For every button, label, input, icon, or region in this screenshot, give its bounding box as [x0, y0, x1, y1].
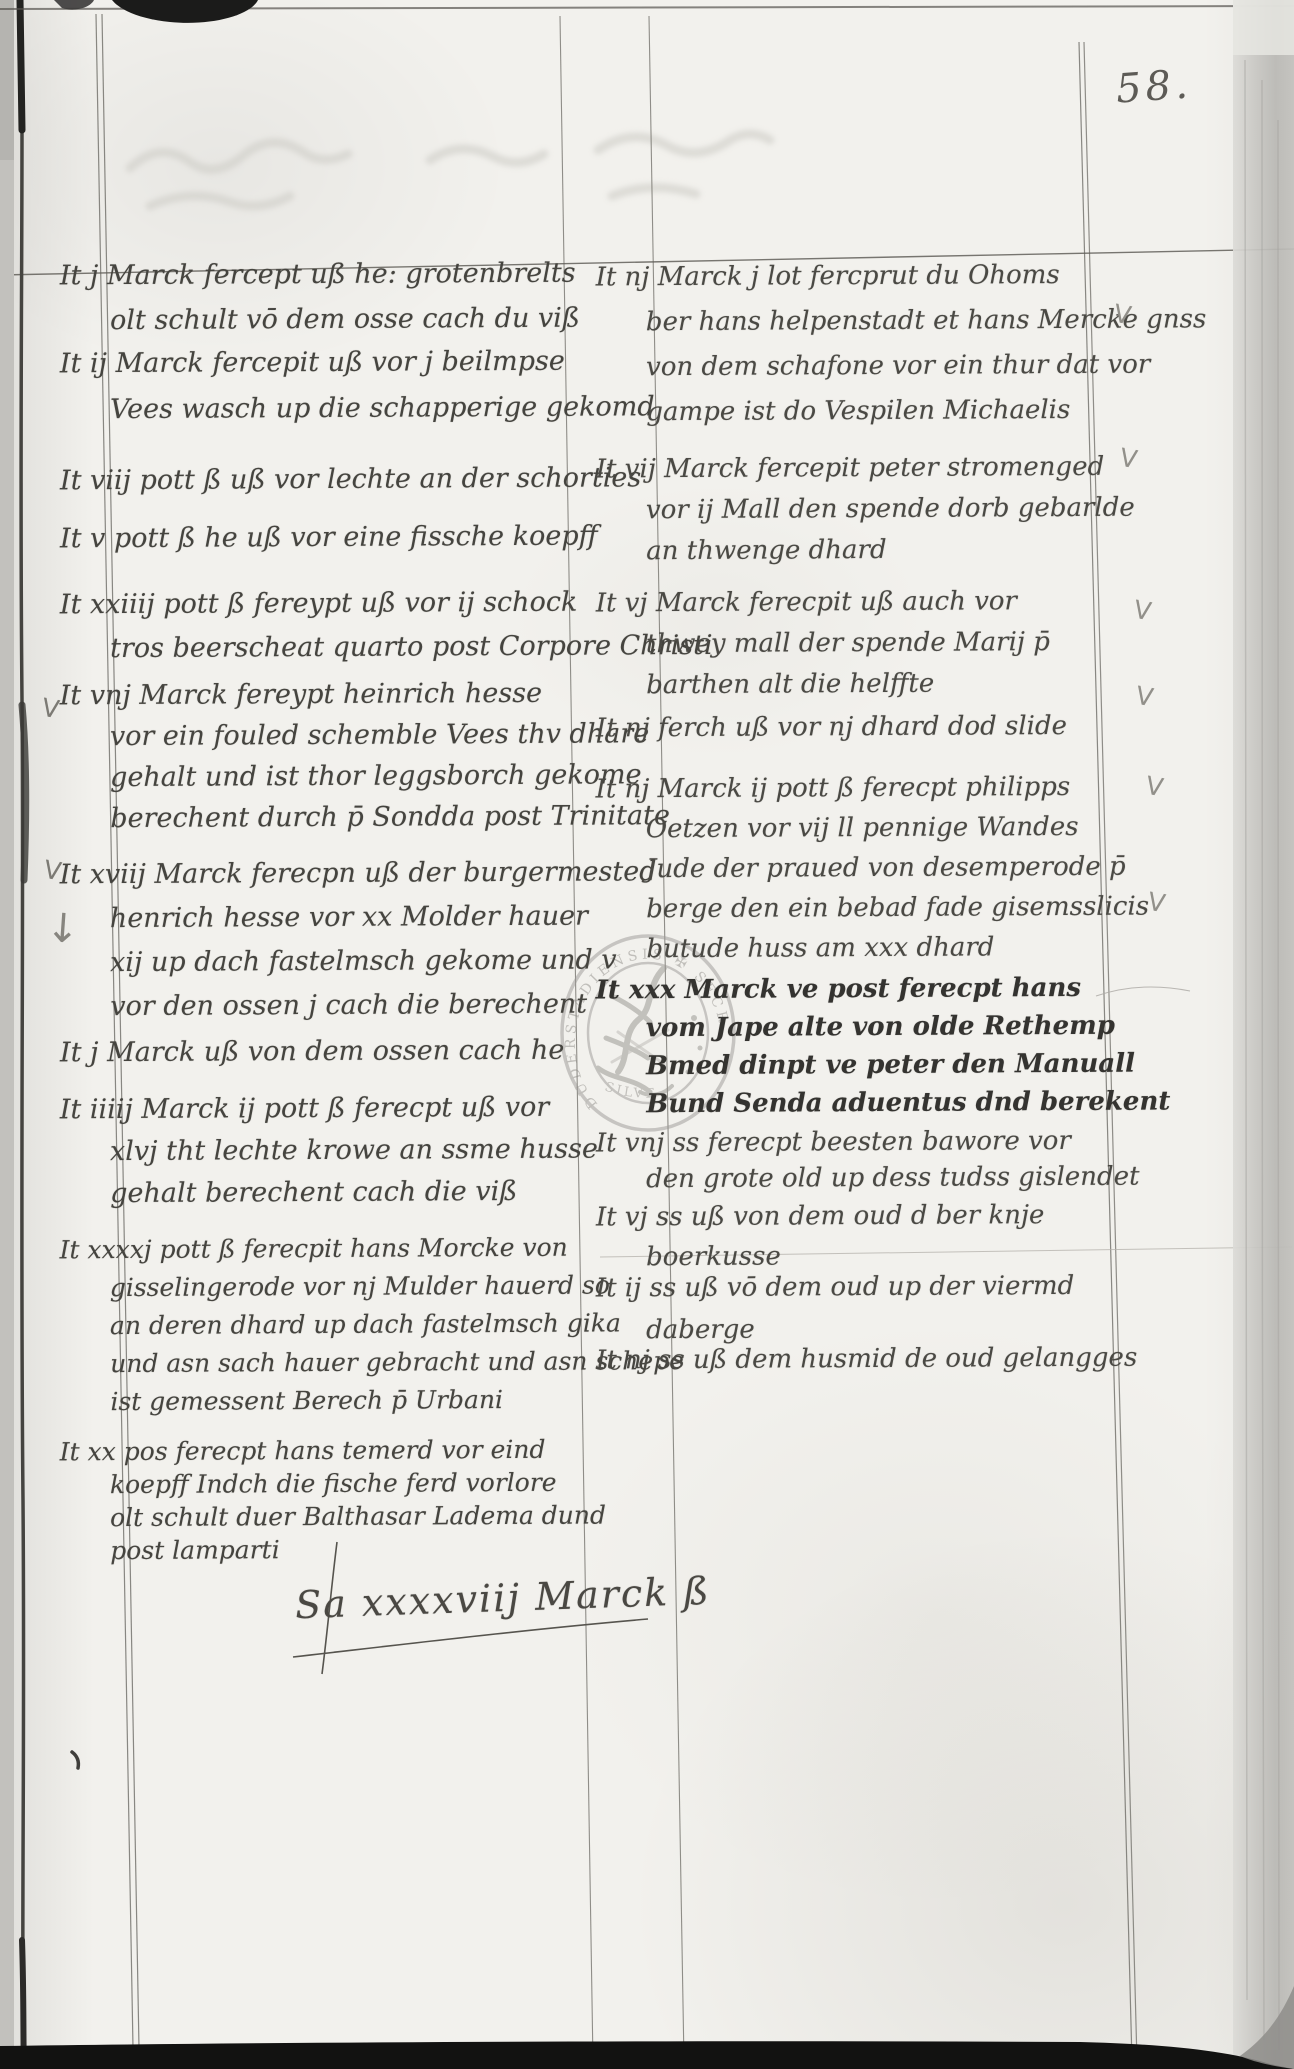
entry-line: barthen alt die helffte [646, 663, 1152, 707]
page-number: 58. [1114, 61, 1193, 112]
entry-line: Bmed dinpt ve peter den Manuall [646, 1045, 1152, 1086]
entry-line: ist gemessent Berech p̄ Urbani [110, 1381, 572, 1421]
entry-line: It xxiiij pott ß fereypt uß vor ij schoc… [60, 581, 572, 628]
entry-line: It j Marck fercept uß he: grotenbrelts [60, 251, 572, 299]
entry-line: vor ij Mall den spende dorb gebarlde [646, 488, 1152, 532]
ledger-entry: It vij Marck fercepit peter stromenged v… [596, 447, 1153, 573]
entry-line: Vees wasch up die schapperige gekomd [110, 385, 572, 433]
entry-line: It nj Marck j lot fercprut du Ohoms [596, 253, 1152, 301]
entry-line: It vnj Marck fereypt heinrich hesse [60, 673, 572, 717]
entry-line: It ij Marck fercepit uß vor j beilmpse [60, 339, 572, 388]
entry-line: olt schult vō dem osse cach du viß [110, 296, 572, 343]
ledger-entry: It ij Marck fercepit uß vor j beilmpse V… [60, 339, 572, 434]
entry-line: henrich hesse vor xx Molder hauer [110, 895, 572, 941]
entry-line: It xviij Marck ferecpn uß der burgermest… [60, 851, 572, 898]
ledger-entry: It xxiiij pott ß fereypt uß vor ij schoc… [60, 581, 572, 672]
ledger-entry: It viij pott ß uß vor lechte an der scho… [60, 463, 572, 497]
entry-line: gehalt berechent cach die viß [110, 1171, 572, 1215]
entry-line: post lamparti [110, 1532, 572, 1567]
entry-line: gehalt und ist thor leggsborch gekome [110, 755, 572, 798]
entry-line: butude huss am xxx dhard [646, 927, 1152, 970]
entry-line: thwey mall der spende Marij p̄ [646, 622, 1152, 666]
ledger-entry: It j Marck fercept uß he: grotenbrelts o… [60, 251, 572, 344]
ledger-entry: It nj Marck ij pott ß ferecpt philipps O… [595, 767, 1152, 970]
ledger-entry: It nj ss uß dem husmid de oud gelangges [596, 1343, 1152, 1376]
ledger-entry: It xx pos ferecpt hans temerd vor eind k… [60, 1433, 573, 1568]
ledger-entry: It j Marck uß von dem ossen cach he [60, 1035, 572, 1069]
entry-line: tros beerscheat quarto post Corpore Chri… [110, 625, 572, 671]
entry-line: xij up dach fastelmsch gekome und v [110, 939, 572, 985]
entry-line: It vij Marck fercepit peter stromenged [596, 447, 1152, 491]
entry-line: den grote old up dess tudss gislendet [646, 1159, 1152, 1198]
entry-line: xlvj tht lechte krowe an ssme husse [110, 1129, 572, 1173]
ledger-entry: It xviij Marck ferecpn uß der burgermest… [60, 851, 573, 1030]
entry-line: gisselingerode vor nj Mulder hauerd so [110, 1267, 572, 1307]
entry-line: It vj Marck ferecpit uß auch vor [596, 581, 1152, 625]
entry-line: It j Marck uß von dem ossen cach he [60, 1035, 572, 1069]
entry-line: an thwenge dhard [646, 529, 1152, 573]
ledger-entry: It vnj ss ferecpt beesten bawore vor den… [596, 1123, 1152, 1198]
ledger-entry: It v pott ß he uß vor eine fissche koepf… [60, 521, 572, 555]
entry-line: Bund Senda aduentus dnd berekent [646, 1083, 1152, 1124]
entry-line: It iiiij Marck ij pott ß ferecpt uß vor [60, 1087, 572, 1132]
entry-line: Jude der praued von desemperode p̄ [646, 847, 1152, 890]
entry-line: It vnj ss ferecpt beesten bawore vor [596, 1123, 1152, 1162]
entry-line: vor ein fouled schemble Vees thv dhare [110, 714, 572, 757]
entry-line: It xxxxj pott ß ferecpit hans Morcke von [60, 1229, 572, 1270]
entry-line: It xx pos ferecpt hans temerd vor eind [60, 1433, 572, 1469]
entry-line: von dem schafone vor ein thur dat vor [646, 343, 1152, 391]
ledger-entry: It vj Marck ferecpit uß auch vor thwey m… [596, 581, 1153, 707]
entry-line: berechent durch p̄ Sondda post Trinitate [110, 796, 572, 839]
entry-line: berge den ein bebad fade gisemsslicis [646, 887, 1152, 930]
entry-line: koepff Indch die fische ferd vorlore [110, 1466, 572, 1501]
ledger-entry: It iiiij Marck ij pott ß ferecpt uß vor … [60, 1087, 573, 1216]
entry-line: It vj ss uß von dem oud d ber knje [596, 1195, 1152, 1238]
entry-line: It nj Marck ij pott ß ferecpt philipps [595, 767, 1151, 810]
entry-line: vor den ossen j cach die berechent [110, 983, 572, 1029]
entry-line: It xxx Marck ve post ferecpt hans [596, 969, 1152, 1010]
entry-line: ber hans helpenstadt et hans Mercke gnss [646, 298, 1152, 346]
margin-arrow: ↓ [44, 905, 81, 953]
entry-line: It nj ss uß dem husmid de oud gelangges [596, 1343, 1152, 1376]
ledger-entry: It nj ferch uß vor nj dhard dod slide [596, 711, 1152, 744]
entry-line: gampe ist do Vespilen Michaelis [646, 388, 1152, 436]
entry-line: Oetzen vor vij ll pennige Wandes [646, 807, 1152, 850]
entry-line: It ij ss uß vō dem oud up der viermd [596, 1265, 1152, 1310]
entry-line: It v pott ß he uß vor eine fissche koepf… [60, 521, 572, 555]
entry-line: vom Jape alte von olde Rethemp [646, 1007, 1152, 1048]
entry-line: It nj ferch uß vor nj dhard dod slide [596, 711, 1152, 744]
entry-line: und asn sach hauer gebracht und asn sche… [110, 1343, 572, 1383]
entry-line: olt schult duer Balthasar Ladema dund [110, 1499, 572, 1534]
manuscript-scan: DUDERSTADIENSIS ✠ SECR SILVE [0, 0, 1294, 2069]
entry-line: It viij pott ß uß vor lechte an der scho… [60, 463, 572, 497]
ledger-entry: It nj Marck j lot fercprut du Ohoms ber … [596, 253, 1153, 436]
ledger-entry: It ij ss uß vō dem oud up der viermd dab… [596, 1265, 1152, 1352]
ledger-entry: It vnj Marck fereypt heinrich hesse vor … [60, 673, 573, 840]
ledger-entry: It xxxxj pott ß ferecpit hans Morcke von… [60, 1229, 573, 1422]
entry-line: an deren dhard up dach fastelmsch gika [110, 1305, 572, 1345]
scanner-background-strip [0, 0, 14, 2069]
ledger-entry: It xxx Marck ve post ferecpt hans vom Ja… [596, 969, 1153, 1124]
